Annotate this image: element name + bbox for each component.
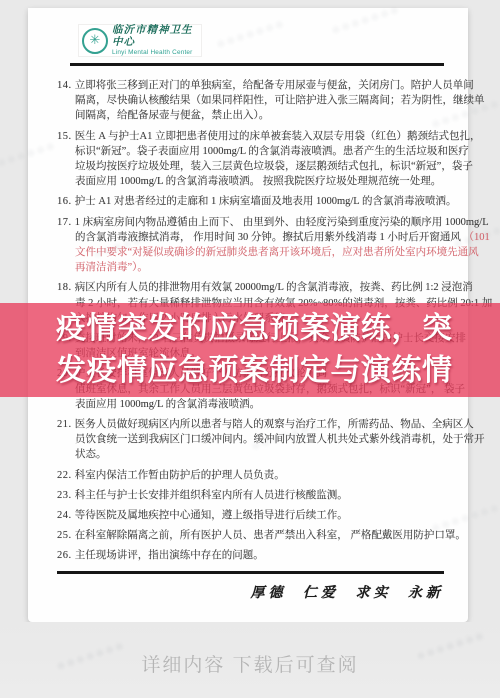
document-line: 18. 病区内所有人员的排泄物用有效氯 20000mg/L 的含氯消毒液，按粪、…	[28, 280, 468, 295]
document-line: 隔离，尽快确认核酸结果（如果同样阳性，可让陪护进入张三隔离间；若为阴性，继续单	[28, 93, 468, 108]
download-prompt-bar[interactable]: 详细内容 下载后可查阅	[0, 622, 500, 698]
hospital-logo: ✳ 临沂市精神卫生中心 Linyi Mental Health Center	[78, 24, 202, 57]
footer-divider	[57, 571, 444, 574]
item-number: 24.	[57, 510, 75, 521]
document-line: 23. 科主任与护士长安排并组织科室内所有人员进行核酸监测。	[28, 488, 468, 503]
document-line: 17. 1 床病室房间内物品遵循由上而下、 由里到外、由轻度污染到重度污染的顺序…	[28, 215, 468, 230]
document-line: 间隔离，给配备尿壶与便盆，禁止出入）。	[28, 108, 468, 123]
hospital-name-cn: 临沂市精神卫生中心	[112, 25, 201, 48]
document-line: 状态。	[28, 447, 468, 462]
document-line: 再清洁消毒”）。	[28, 260, 468, 275]
document-line: 26. 主任现场讲评，指出演练中存在的问题。	[28, 548, 468, 563]
hospital-name-en: Linyi Mental Health Center	[112, 49, 201, 56]
item-number: 25.	[57, 530, 75, 541]
document-line: 22. 科室内保洁工作暂由防护后的护理人员负责。	[28, 468, 468, 483]
document-line: 24. 等待医院及属地疾控中心通知，遵上级指导进行后续工作。	[28, 508, 468, 523]
download-prompt-label: 详细内容 下载后可查阅	[141, 650, 358, 677]
document-line: 员饮食统一送到我病区门口缓冲间内。缓冲间内放置人机共处式紫外线消毒机，处于常开	[28, 432, 468, 447]
document-line: 标识“新冠”。袋子表面应用 1000mg/L 的含氯消毒液喷洒。患者产生的生活垃…	[28, 144, 468, 159]
banner-title-line: 疫情突发的应急预案演练，突	[0, 308, 500, 350]
item-number: 18.	[57, 282, 75, 293]
item-number: 22.	[57, 470, 75, 481]
hospital-emblem-icon: ✳	[82, 28, 108, 54]
document-line: 14. 立即将张三移到正对门的单独病室，给配备专用尿壶与便盆，关闭房门。陪护人员…	[28, 78, 468, 93]
document-line: 垃圾均按医疗垃圾处理，装入三层黄色垃圾袋，逐层鹅颈结式包扎，标识“新冠”，袋子	[28, 159, 468, 174]
document-line: 25. 在科室解除隔离之前，所有医护人员、患者严禁出入科室， 严格配戴医用防护口…	[28, 528, 468, 543]
document-preview-screen: { "header": { "hospital_name_cn": "临沂市精神…	[0, 0, 500, 698]
document-line: 16. 护士 A1 对患者经过的走廊和 1 床病室墙面及地表用 1000mg/L…	[28, 194, 468, 209]
document-line: 21. 医务人员做好现病区内所以患者与陪人的观察与治疗工作，所需药品、物品、全病…	[28, 417, 468, 432]
item-number: 23.	[57, 490, 75, 501]
document-line: 15. 医生 A 与护士A1 立即把患者使用过的床单被套装入双层专用袋（红色）鹅…	[28, 129, 468, 144]
hospital-motto: 厚德 仁爱 求实 永新	[251, 582, 445, 602]
item-number: 17.	[57, 217, 75, 228]
item-number: 14.	[57, 80, 75, 91]
item-number: 15.	[57, 131, 75, 142]
item-number: 26.	[57, 550, 75, 561]
document-line: 表面应用 1000mg/L 的含氯消毒液喷洒。	[28, 397, 468, 412]
item-number: 16.	[57, 196, 75, 207]
document-line: 的含氯消毒液擦拭消毒， 作用时间 30 分钟。擦拭后用紫外线消毒 1 小时后开窗…	[28, 230, 468, 245]
document-line: 表面应用 1000mg/L 的含氯消毒液喷洒。 按照我院医疗垃圾处理规范统一处理…	[28, 174, 468, 189]
header-divider	[70, 63, 444, 66]
document-line: 文件中要求“对疑似或确诊的新冠肺炎患者离开该环境后，应对患者所处室内环境先通风	[28, 245, 468, 260]
item-number: 21.	[57, 419, 75, 430]
banner-title-line: 发疫情应急预案制定与演练情	[0, 350, 500, 392]
title-banner: 疫情突发的应急预案演练，突发疫情应急预案制定与演练情	[0, 303, 500, 397]
